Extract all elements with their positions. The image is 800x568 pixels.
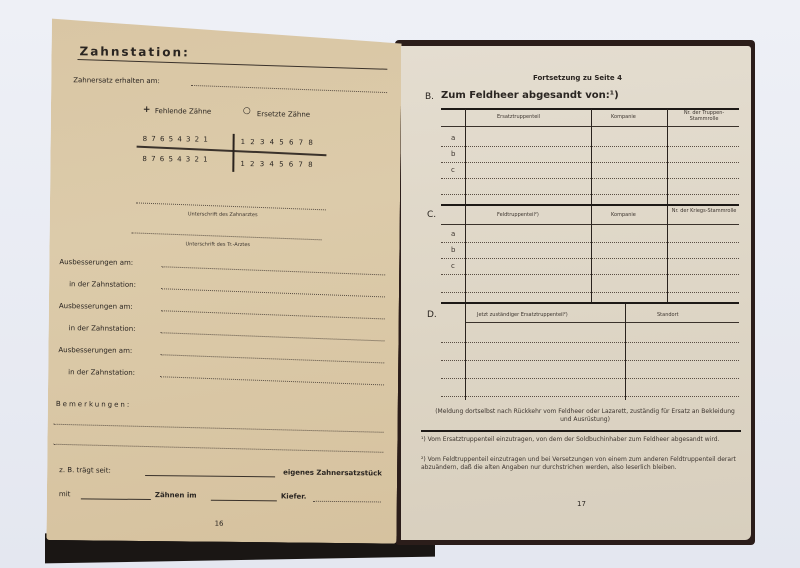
section-b-col-divider bbox=[465, 109, 466, 205]
section-c-row-label: a bbox=[451, 230, 455, 238]
repairs-section: Ausbesserungen am: in der Zahnstation: A… bbox=[52, 8, 402, 12]
section-c-col-divider bbox=[591, 206, 592, 302]
missing-teeth-symbol: + bbox=[143, 105, 151, 115]
replaced-teeth-symbol: ○ bbox=[243, 106, 251, 116]
denture-received-field[interactable] bbox=[191, 85, 387, 93]
missing-teeth-label: Fehlende Zähne bbox=[155, 107, 211, 116]
footnote-2: ²) Vom Feldtruppenteil einzutragen und b… bbox=[421, 456, 737, 472]
repair-date-field[interactable] bbox=[161, 310, 385, 319]
section-b-row[interactable] bbox=[441, 146, 739, 147]
repair-date-label: Ausbesserungen am: bbox=[59, 258, 133, 267]
repair-date-label: Ausbesserungen am: bbox=[59, 302, 133, 311]
dentist-signature-label: Unterschrift des Zahnarztes bbox=[188, 211, 258, 218]
section-c-col-divider bbox=[667, 206, 668, 302]
jaw-extra-field[interactable] bbox=[313, 501, 381, 503]
jaw-label: Kiefer. bbox=[281, 492, 307, 500]
section-b-letter: B. bbox=[425, 92, 434, 102]
repair-station-field[interactable] bbox=[161, 288, 385, 297]
section-b-row-label: b bbox=[451, 150, 455, 158]
remarks-line-2[interactable] bbox=[53, 444, 383, 453]
section-c-header-rule bbox=[441, 224, 739, 225]
with-label: mit bbox=[59, 490, 71, 498]
section-c-row[interactable] bbox=[441, 242, 739, 243]
section-d-col-divider bbox=[625, 304, 626, 400]
remarks-label: Bemerkungen: bbox=[56, 400, 131, 409]
section-b-row[interactable] bbox=[441, 178, 739, 179]
tooth-chart: 8 7 6 5 4 3 2 1 1 2 3 4 5 6 7 8 8 7 6 5 … bbox=[52, 8, 402, 12]
section-d-header-rule bbox=[465, 322, 739, 323]
section-b-row[interactable] bbox=[441, 162, 739, 163]
section-b-col-divider bbox=[667, 109, 668, 205]
section-d-letter: D. bbox=[427, 310, 437, 320]
page-number-left: 16 bbox=[215, 520, 224, 528]
footnote-1: ¹) Vom Ersatztruppenteil einzutragen, vo… bbox=[421, 436, 737, 444]
section-b-row[interactable] bbox=[441, 194, 739, 195]
section-d-col-header: Standort bbox=[657, 312, 679, 318]
repair-station-label: in der Zahnstation: bbox=[69, 324, 136, 333]
lower-right-teeth[interactable]: 1 2 3 4 5 6 7 8 bbox=[240, 160, 314, 169]
section-d-row[interactable] bbox=[441, 378, 739, 379]
title-underline bbox=[77, 59, 387, 70]
section-c-top-rule bbox=[441, 204, 739, 206]
section-c-row-label: c bbox=[451, 262, 455, 270]
chart-vertical-divider bbox=[232, 134, 234, 172]
remarks-line-1[interactable] bbox=[54, 424, 384, 433]
section-b-col-header: Nr. der Truppen-Stammrolle bbox=[671, 110, 737, 122]
repair-station-label: in der Zahnstation: bbox=[69, 280, 136, 289]
section-d-col-divider bbox=[465, 304, 466, 400]
teeth-count-field[interactable] bbox=[81, 498, 151, 500]
continuation-heading: Fortsetzung zu Seite 4 bbox=[533, 74, 622, 82]
section-d-note: (Meldung dortselbst nach Rückkehr vom Fe… bbox=[435, 408, 735, 424]
left-page: Zahnstation: Zahnersatz erhalten am: + F… bbox=[46, 8, 402, 544]
right-page: Fortsetzung zu Seite 4 B. Zum Feldheer a… bbox=[401, 46, 751, 540]
section-b-header-rule bbox=[441, 126, 739, 127]
repair-station-field[interactable] bbox=[160, 376, 384, 385]
section-b-row-label: c bbox=[451, 166, 455, 174]
section-b-title: Zum Feldheer abgesandt von:¹) bbox=[441, 90, 619, 101]
repair-date-label: Ausbesserungen am: bbox=[58, 346, 132, 355]
page-number-right: 17 bbox=[577, 500, 586, 508]
section-c-row[interactable] bbox=[441, 274, 739, 275]
section-c-col-divider bbox=[465, 206, 466, 302]
section-b-col-divider bbox=[591, 109, 592, 205]
denture-piece-label: eigenes Zahnersatzstück bbox=[283, 468, 382, 477]
doctor-signature-label: Unterschrift des Tr.-Arztes bbox=[186, 241, 251, 248]
repair-station-field[interactable] bbox=[161, 332, 385, 341]
repair-station-label: in der Zahnstation: bbox=[68, 368, 135, 377]
denture-received-label: Zahnersatz erhalten am: bbox=[73, 76, 160, 85]
section-c-col-header: Nr. der Kriegs-Stammrolle bbox=[671, 208, 737, 214]
doctor-signature-field[interactable] bbox=[132, 232, 322, 240]
footnote-rule bbox=[421, 430, 741, 432]
section-b-col-header: Ersatztruppenteil bbox=[497, 114, 540, 120]
section-d-row[interactable] bbox=[441, 396, 739, 397]
section-c-col-header: Kompanie bbox=[611, 212, 636, 218]
section-c-row[interactable] bbox=[441, 258, 739, 259]
page-title: Zahnstation: bbox=[79, 44, 189, 59]
repair-date-field[interactable] bbox=[160, 354, 384, 363]
upper-right-teeth[interactable]: 1 2 3 4 5 6 7 8 bbox=[241, 138, 315, 147]
repair-date-field[interactable] bbox=[161, 266, 385, 275]
replaced-teeth-label: Ersetzte Zähne bbox=[257, 110, 310, 119]
section-c-row[interactable] bbox=[441, 292, 739, 293]
lower-left-teeth[interactable]: 8 7 6 5 4 3 2 1 bbox=[142, 155, 208, 164]
dentist-signature-field[interactable] bbox=[136, 202, 326, 210]
section-b-row-label: a bbox=[451, 134, 455, 142]
jaw-field[interactable] bbox=[211, 500, 277, 502]
section-d-row[interactable] bbox=[441, 360, 739, 361]
upper-left-teeth[interactable]: 8 7 6 5 4 3 2 1 bbox=[143, 135, 209, 144]
section-c-row-label: b bbox=[451, 246, 455, 254]
section-d-top-rule bbox=[441, 302, 739, 304]
section-d-row[interactable] bbox=[441, 342, 739, 343]
teeth-in-label: Zähnen im bbox=[155, 491, 197, 499]
wears-since-field[interactable] bbox=[145, 475, 275, 477]
section-b-col-header: Kompanie bbox=[611, 114, 636, 120]
section-c-col-header: Feldtruppenteil²) bbox=[497, 212, 539, 218]
wears-since-label: z. B. trägt seit: bbox=[59, 466, 111, 475]
section-c-letter: C. bbox=[427, 210, 436, 220]
section-d-col-header: Jetzt zuständiger Ersatztruppenteil²) bbox=[477, 312, 568, 318]
